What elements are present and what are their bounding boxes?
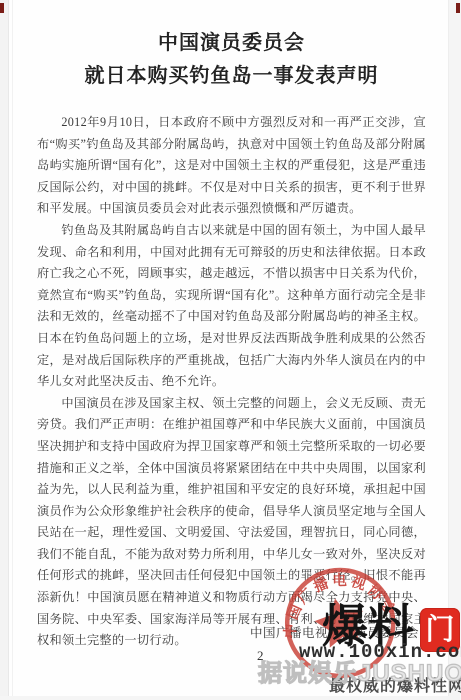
paragraph-1: 2012年9月10日，日本政府不顾中方强烈反对和一再严正交涉，宣布“购买”钓鱼岛…: [37, 112, 426, 220]
scan-artifact-top-right: [456, 3, 460, 13]
scan-edge-bottom: [0, 696, 461, 700]
watermark-site-outline-text: 据说娱乐JUSHUO.com: [258, 653, 461, 688]
scanned-statement-page: 中国演员委员会 就日本购买钓鱼岛一事发表声明 2012年9月10日，日本政府不顾…: [0, 0, 461, 700]
scan-fold-line: [12, 0, 13, 700]
scan-artifact-top-left: [0, 3, 4, 13]
scan-edge-right: [448, 0, 461, 700]
scan-edge-left: [0, 0, 9, 700]
title-line-2: 就日本购买钓鱼岛一事发表声明: [37, 60, 426, 93]
paragraph-2: 钓鱼岛及其附属岛屿自古以来就是中国的固有领土，为中国人最早发现、命名和利用，中国…: [37, 220, 426, 393]
document-title: 中国演员委员会 就日本购买钓鱼岛一事发表声明: [37, 27, 426, 93]
title-line-1: 中国演员委员会: [37, 27, 426, 60]
